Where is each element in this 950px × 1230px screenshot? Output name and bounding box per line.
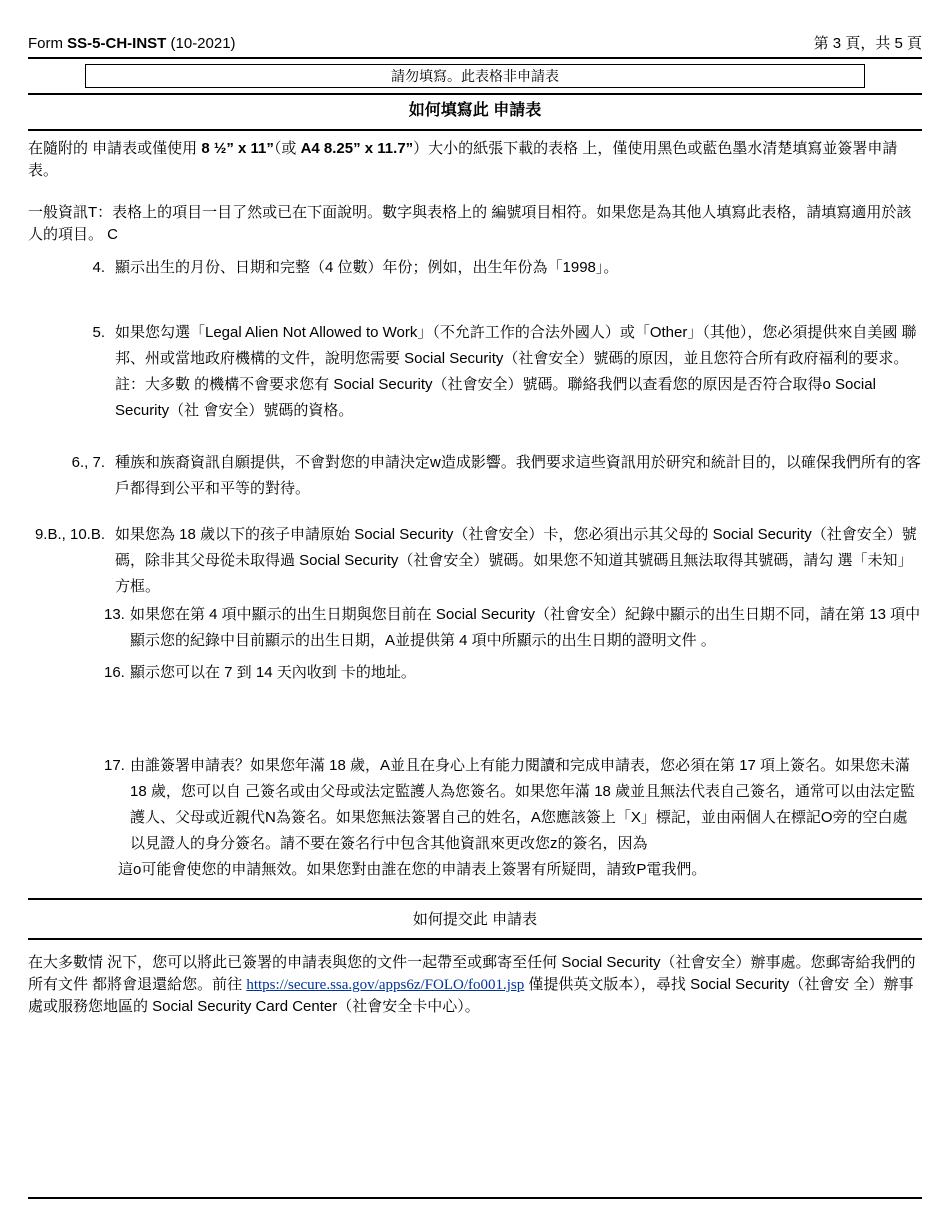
ssa-office-locator-link[interactable]: https://secure.ssa.gov/apps6z/FOLO/fo001… — [246, 977, 524, 993]
item-number: 17. — [104, 753, 125, 779]
divider — [28, 93, 922, 95]
item-number: 5. — [28, 320, 105, 346]
intro-paragraph-1: 在隨附的 申請表或僅使用 8 ½” x 11”（或 A4 8.25” x 11.… — [28, 138, 922, 182]
item-number: 13. — [104, 602, 125, 628]
how-to-submit-title: 如何提交此 申請表 — [28, 910, 922, 930]
divider — [28, 898, 922, 900]
instruction-item-17: 17. 由誰簽署申請表？如果您年滿 18 歲，A並且在身心上有能力閱讀和完成申請… — [28, 753, 922, 883]
how-to-fill-title: 如何填寫此 申請表 — [28, 101, 922, 121]
page-header: Form SS-5-CH-INST (10-2021) 第 3 頁，共 5 頁 — [28, 0, 922, 54]
instruction-item-9b-10b: 9.B., 10.B. 如果您為 18 歲以下的孩子申請原始 Social Se… — [28, 522, 922, 600]
item-number: 9.B., 10.B. — [28, 522, 105, 548]
item-number: 16. — [104, 660, 125, 686]
document-page: Form SS-5-CH-INST (10-2021) 第 3 頁，共 5 頁 … — [0, 0, 950, 1230]
instruction-item-16: 16. 顯示您可以在 7 到 14 天內收到 卡的地址。 — [28, 660, 922, 686]
divider — [28, 938, 922, 940]
form-number: Form SS-5-CH-INST (10-2021) — [28, 34, 236, 54]
item-number: 4. — [28, 255, 105, 281]
instruction-item-5: 5. 如果您勾選「Legal Alien Not Allowed to Work… — [28, 320, 922, 424]
instruction-item-4: 4. 顯示出生的月份、日期和完整（4 位數）年份；例如，出生年份為「1998」。 — [28, 255, 922, 281]
item-text: 顯示您可以在 7 到 14 天內收到 卡的地址。 — [130, 664, 416, 681]
page-indicator: 第 3 頁，共 5 頁 — [814, 34, 922, 54]
item-text: 如果您勾選「Legal Alien Not Allowed to Work」（不… — [115, 324, 917, 419]
item-text: 顯示出生的月份、日期和完整（4 位數）年份；例如，出生年份為「1998」。 — [115, 259, 618, 276]
divider — [28, 1197, 922, 1199]
item-text: 如果您為 18 歲以下的孩子申請原始 Social Security（社會安全）… — [115, 526, 917, 595]
item-text: 由誰簽署申請表？如果您年滿 18 歲，A並且在身心上有能力閱讀和完成申請表，您必… — [130, 757, 915, 852]
instruction-items: 4. 顯示出生的月份、日期和完整（4 位數）年份；例如，出生年份為「1998」。… — [28, 255, 922, 883]
item-number: 6., 7. — [28, 450, 105, 476]
divider — [28, 129, 922, 131]
intro-paragraph-2: 一般資訊T：表格上的項目一目了然或已在下面說明。數字與表格上的 編號項目相符。如… — [28, 202, 922, 246]
item-text: 如果您在第 4 項中顯示的出生日期與您目前在 Social Security（社… — [130, 606, 920, 649]
instruction-item-6-7: 6., 7. 種族和族裔資訊自願提供，不會對您的申請決定w造成影響。我們要求這些… — [28, 450, 922, 502]
do-not-fill-notice: 請勿填寫。此表格非申請表 — [85, 64, 865, 88]
item-text: 種族和族裔資訊自願提供，不會對您的申請決定w造成影響。我們要求這些資訊用於研究和… — [115, 454, 921, 497]
form-number-bold: SS-5-CH-INST — [67, 35, 166, 52]
submit-paragraph: 在大多數情 況下，您可以將此已簽署的申請表與您的文件一起帶至或郵寄至任何 Soc… — [28, 952, 922, 1018]
divider — [28, 57, 922, 59]
instruction-item-13: 13. 如果您在第 4 項中顯示的出生日期與您目前在 Social Securi… — [28, 602, 922, 654]
item-text-continuation: 這o可能會使您的申請無效。如果您對由誰在您的申請表上簽署有所疑問，請致P電我們。 — [118, 857, 922, 883]
